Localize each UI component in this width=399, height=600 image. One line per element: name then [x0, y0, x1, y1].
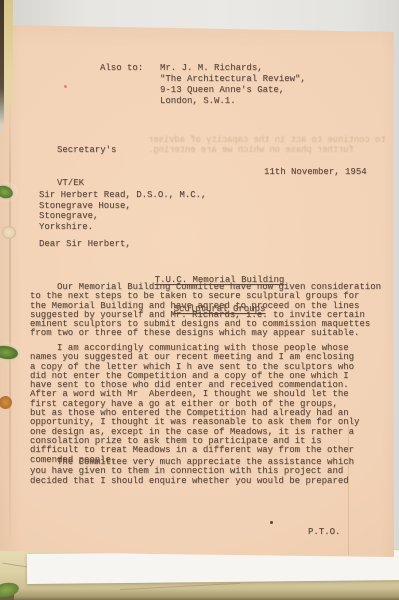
paper-crease-left — [9, 95, 11, 550]
office-line2: VT/EK — [57, 178, 116, 189]
body-paragraph-3: The Committee very much appreciate the a… — [30, 458, 354, 486]
office-line1: Secretary's — [57, 145, 116, 156]
binding-edge-shadow — [0, 0, 4, 125]
salutation: Dear Sir Herbert, — [39, 240, 131, 249]
body-paragraph-1: Our Memorial Building Committee have now… — [30, 283, 381, 339]
also-to-address: Mr. J. M. Richards, "The Architectural R… — [160, 63, 306, 107]
glue-spot — [2, 226, 16, 239]
scanned-letter-photo: to continue to act in the capacity of ad… — [0, 0, 399, 600]
also-to-label: Also to: — [100, 63, 143, 74]
pto-note: P.T.O. — [308, 528, 340, 537]
recipient-address: Sir Herbert Read, D.S.O., M.C., Stonegra… — [39, 190, 206, 232]
body-paragraph-2: I am accordingly communicating with thos… — [30, 344, 359, 465]
letter-date: 11th November, 1954 — [264, 168, 367, 177]
bleedthrough-text: further phase on which we are entering. — [148, 146, 354, 156]
ink-speck — [270, 521, 273, 524]
red-speck — [64, 85, 67, 88]
